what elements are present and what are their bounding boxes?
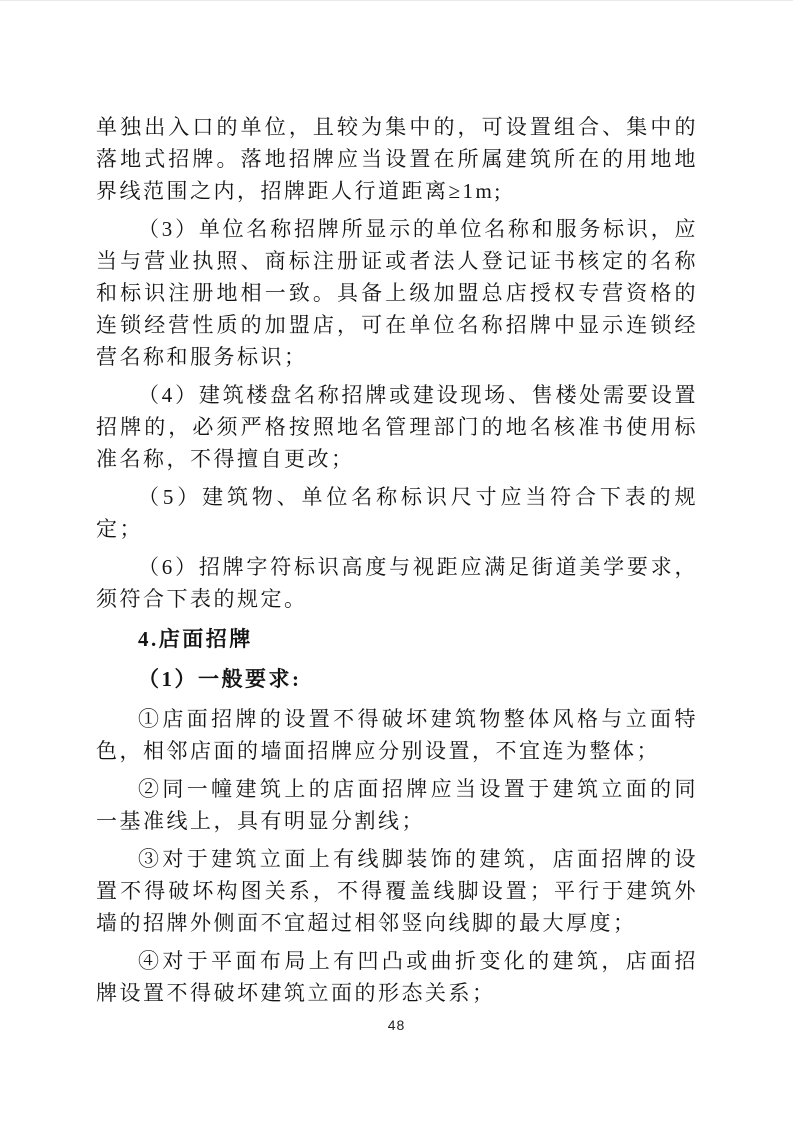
page-body-text: 单独出入口的单位，且较为集中的，可设置组合、集中的落地式招牌。落地招牌应当设置在…	[96, 105, 698, 1015]
paragraph-circled-2: ②同一幢建筑上的店面招牌应当设置于建筑立面的同一基准线上，具有明显分割线；	[96, 773, 698, 837]
paragraph-item-5: （5）建筑物、单位名称标识尺寸应当符合下表的规定；	[96, 481, 698, 545]
paragraph-circled-4: ④对于平面布局上有凹凸或曲折变化的建筑，店面招牌设置不得破坏建筑立面的形态关系；	[96, 945, 698, 1009]
paragraph-circled-3: ③对于建筑立面上有线脚装饰的建筑，店面招牌的设置不得破坏构图关系，不得覆盖线脚设…	[96, 843, 698, 939]
section-heading-storefront-signage: 4.店面招牌	[96, 623, 698, 655]
paragraph-item-6: （6）招牌字符标识高度与视距应满足街道美学要求，须符合下表的规定。	[96, 551, 698, 615]
paragraph-circled-1: ①店面招牌的设置不得破坏建筑物整体风格与立面特色，相邻店面的墙面招牌应分别设置，…	[96, 703, 698, 767]
paragraph-item-3: （3）单位名称招牌所显示的单位名称和服务标识，应当与营业执照、商标注册证或者法人…	[96, 213, 698, 373]
page-number: 48	[0, 1017, 793, 1033]
document-page: 单独出入口的单位，且较为集中的，可设置组合、集中的落地式招牌。落地招牌应当设置在…	[0, 0, 793, 1122]
subsection-heading-general-requirements: （1）一般要求:	[96, 663, 698, 695]
paragraph-continuation: 单独出入口的单位，且较为集中的，可设置组合、集中的落地式招牌。落地招牌应当设置在…	[96, 111, 698, 207]
paragraph-item-4: （4）建筑楼盘名称招牌或建设现场、售楼处需要设置招牌的，必须严格按照地名管理部门…	[96, 379, 698, 475]
